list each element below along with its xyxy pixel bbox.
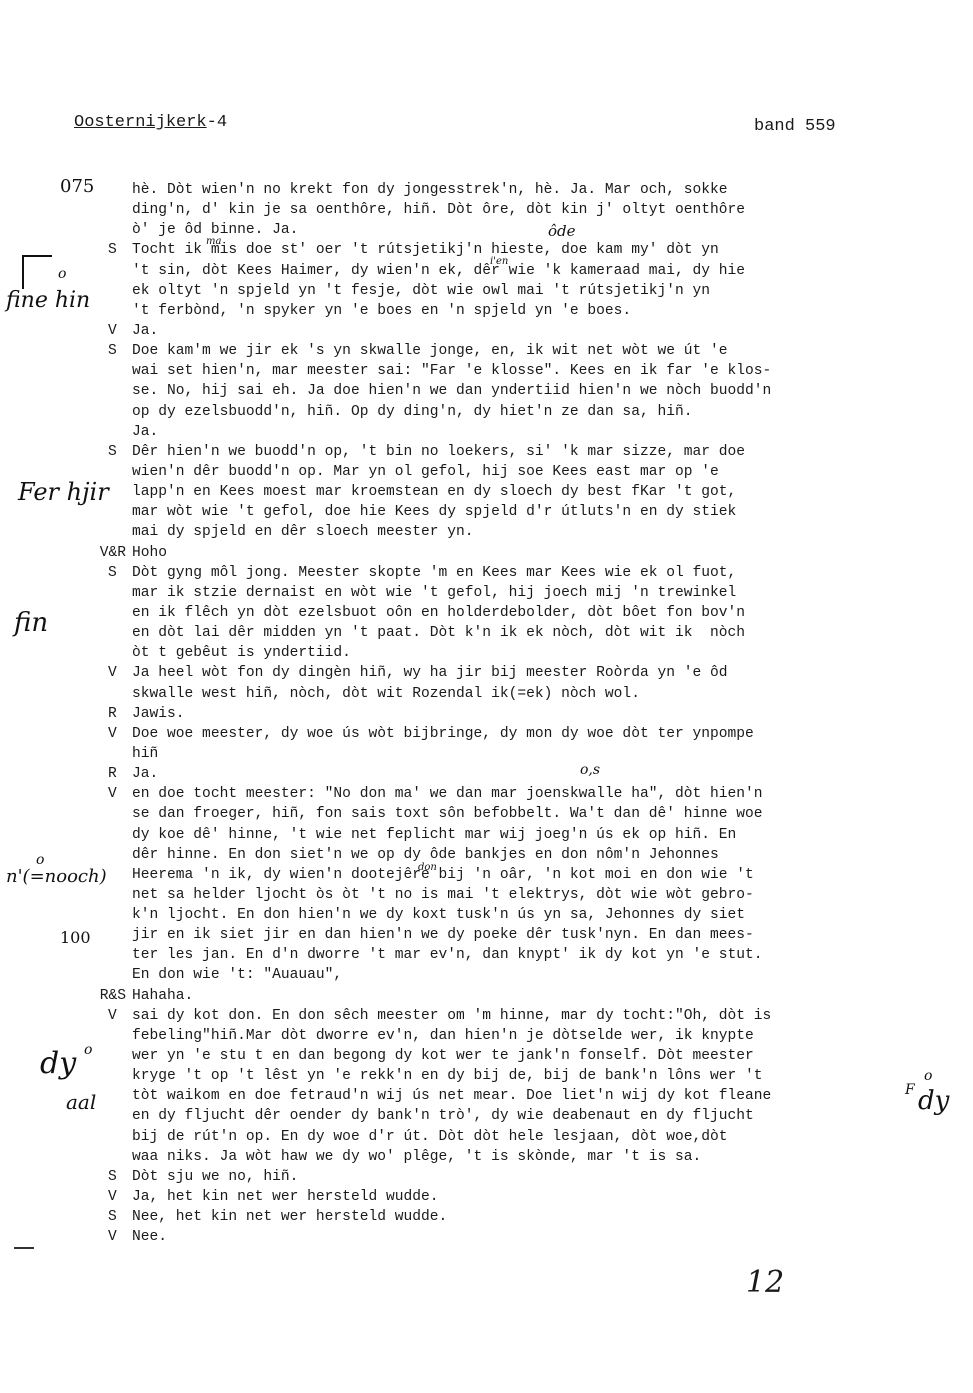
line-text: hè. Dòt wien'n no krekt fon dy jongesstr…: [132, 180, 728, 200]
line-text: hiñ: [132, 744, 158, 764]
band-number: band 559: [754, 117, 836, 136]
correction-os: o,s: [580, 762, 600, 778]
transcript-line: k'n ljocht. En don hien'n we dy koxt tus…: [0, 905, 973, 925]
transcript-line: hè. Dòt wien'n no krekt fon dy jongesstr…: [0, 180, 973, 200]
speaker-label: V: [108, 1227, 128, 1247]
line-text: jir en ik siet jir en dan hien'n we dy p…: [132, 925, 754, 945]
line-text: ek oltyt 'n spjeld yn 't fesje, dòt wie …: [132, 281, 710, 301]
speaker-label: V: [108, 724, 128, 744]
transcript-line: wien'n dêr buodd'n op. Mar yn ol gefol, …: [0, 462, 973, 482]
line-text: tòt waikom en doe fetraud'n wij ús net m…: [132, 1086, 771, 1106]
margin-note-nooch: n'(=nooch): [6, 866, 107, 887]
transcript-line: jir en ik siet jir en dan hien'n we dy p…: [0, 925, 973, 945]
transcript-line: 't ferbònd, 'n spyker yn 'e boes en 'n s…: [0, 301, 973, 321]
document-page: Oosternijkerk-4 band 559 hè. Dòt wien'n …: [0, 0, 973, 1393]
line-text: Hoho: [132, 543, 167, 563]
line-text: dy koe dê' hinne, 't wie net feplicht ma…: [132, 825, 736, 845]
line-text: Hahaha.: [132, 986, 193, 1006]
line-text: 't sin, dòt Kees Haimer, dy wien'n ek, d…: [132, 261, 745, 281]
transcript-line: bij de rút'n op. En dy woe d'r út. Dòt d…: [0, 1127, 973, 1147]
speaker-label: V: [108, 1187, 128, 1207]
transcript-line: wai set hien'n, mar meester sai: "Far 'e…: [0, 361, 973, 381]
line-text: febeling"hiñ.Mar dòt dworre ev'n, dan hi…: [132, 1026, 754, 1046]
line-text: sai dy kot don. En don sêch meester om '…: [132, 1006, 771, 1026]
line-text: mai dy spjeld en dêr sloech meester yn.: [132, 522, 474, 542]
line-text: Ja.: [132, 764, 158, 784]
line-text: mar wòt wie 't gefol, doe hie Kees dy sp…: [132, 502, 736, 522]
line-text: wien'n dêr buodd'n op. Mar yn ol gefol, …: [132, 462, 719, 482]
transcript-line: en dy fljucht dêr oender dy bank'n trò',…: [0, 1106, 973, 1126]
line-text: Jawis.: [132, 704, 185, 724]
line-text: en dòt lai dêr midden yn 't paat. Dòt k'…: [132, 623, 745, 643]
transcript-line: VJa, het kin net wer hersteld wudde.: [0, 1187, 973, 1207]
title-place: Oosternijkerk: [74, 113, 207, 132]
line-text: òt t gebêut is yndertiid.: [132, 643, 351, 663]
speaker-label: V: [108, 321, 128, 341]
line-text: en doe tocht meester: "No don ma' we dan…: [132, 784, 763, 804]
line-text: skwalle west hiñ, nòch, dòt wit Rozendal…: [132, 684, 640, 704]
transcript-line: VJa heel wòt fon dy dingèn hiñ, wy ha ji…: [0, 663, 973, 683]
transcript-line: op dy ezelsbuodd'n, hiñ. Op dy ding'n, d…: [0, 402, 973, 422]
line-text: Dêr hien'n we buodd'n op, 't bin no loek…: [132, 442, 745, 462]
transcript-line: en ik flêch yn dòt ezelsbuot oôn en hold…: [0, 603, 973, 623]
line-text: bij de rút'n op. En dy woe d'r út. Dòt d…: [132, 1127, 728, 1147]
line-text: Ja.: [132, 422, 158, 442]
transcript-line: VJa.: [0, 321, 973, 341]
speaker-label: S: [108, 1167, 128, 1187]
margin-note-fin: fin: [14, 608, 48, 638]
transcript-line: SDòt sju we no, hiñ.: [0, 1167, 973, 1187]
transcript-line: En don wie 't: "Auauau",: [0, 965, 973, 985]
line-text: ding'n, d' kin je sa oenthôre, hiñ. Dòt …: [132, 200, 745, 220]
transcript-line: ter les jan. En d'n dworre 't mar ev'n, …: [0, 945, 973, 965]
line-text: Nee.: [132, 1227, 167, 1247]
margin-dash: [14, 1247, 34, 1249]
line-text: net sa helder ljocht òs òt 't no is mai …: [132, 885, 754, 905]
transcript-line: ò' je ôd binne. Ja.: [0, 220, 973, 240]
margin-note-dy: dy: [40, 1046, 76, 1081]
line-text: Dòt gyng môl jong. Meester skopte 'm en …: [132, 563, 736, 583]
transcript-line: mar ik stzie dernaist en wòt wie 't gefo…: [0, 583, 973, 603]
line-text: se. No, hij sai eh. Ja doe hien'n we dan…: [132, 381, 771, 401]
transcript-line: hiñ: [0, 744, 973, 764]
transcript-line: ek oltyt 'n spjeld yn 't fesje, dòt wie …: [0, 281, 973, 301]
transcript-line: SDoe kam'm we jir ek 's yn skwalle jonge…: [0, 341, 973, 361]
transcript-line: mai dy spjeld en dêr sloech meester yn.: [0, 522, 973, 542]
line-text: en ik flêch yn dòt ezelsbuot oôn en hold…: [132, 603, 745, 623]
transcript-line: RJa.: [0, 764, 973, 784]
transcript-line: SDêr hien'n we buodd'n op, 't bin no loe…: [0, 442, 973, 462]
bracket-mark-icon: [22, 255, 24, 289]
transcript-line: wer yn 'e stu t en dan begong dy kot wer…: [0, 1046, 973, 1066]
transcript-line: SNee, het kin net wer hersteld wudde.: [0, 1207, 973, 1227]
speaker-label: V&R: [86, 543, 126, 563]
line-text: kryge 't op 't lêst yn 'e rekk'n en dy b…: [132, 1066, 763, 1086]
line-text: Heerema 'n ik, dy wien'n dootejêre bij '…: [132, 865, 754, 885]
circle-mark: o: [924, 1068, 932, 1084]
line-text: Doe kam'm we jir ek 's yn skwalle jonge,…: [132, 341, 728, 361]
transcript-line: Ja.: [0, 422, 973, 442]
correction-ien: i'en: [490, 256, 508, 267]
transcript-line: se dan froeger, hiñ, fon sais toxt sôn b…: [0, 804, 973, 824]
document-title: Oosternijkerk-4: [74, 113, 227, 132]
line-text: Ja heel wòt fon dy dingèn hiñ, wy ha jir…: [132, 663, 728, 683]
speaker-label: R: [108, 764, 128, 784]
line-text: waa niks. Ja wòt haw we dy wo' plêge, 't…: [132, 1147, 701, 1167]
transcript-line: RJawis.: [0, 704, 973, 724]
speaker-label: S: [108, 1207, 128, 1227]
speaker-label: V: [108, 1006, 128, 1026]
transcript-line: Heerema 'n ik, dy wien'n dootejêre bij '…: [0, 865, 973, 885]
transcript-line: en dòt lai dêr midden yn 't paat. Dòt k'…: [0, 623, 973, 643]
line-text: op dy ezelsbuodd'n, hiñ. Op dy ding'n, d…: [132, 402, 693, 422]
speaker-label: R: [108, 704, 128, 724]
margin-note-fer-hjir: Fer hjir: [18, 478, 109, 506]
transcript-line: V&RHoho: [0, 543, 973, 563]
line-text: ter les jan. En d'n dworre 't mar ev'n, …: [132, 945, 763, 965]
speaker-label: V: [108, 663, 128, 683]
correction-don: don: [418, 862, 437, 873]
line-text: Doe woe meester, dy woe ús wòt bijbringe…: [132, 724, 754, 744]
speaker-label: S: [108, 341, 128, 361]
transcript-line: 't sin, dòt Kees Haimer, dy wien'n ek, d…: [0, 261, 973, 281]
title-suffix: -4: [207, 113, 227, 132]
speaker-label: S: [108, 240, 128, 260]
line-text: Nee, het kin net wer hersteld wudde.: [132, 1207, 447, 1227]
transcript-line: tòt waikom en doe fetraud'n wij ús net m…: [0, 1086, 973, 1106]
transcript-line: se. No, hij sai eh. Ja doe hien'n we dan…: [0, 381, 973, 401]
line-text: Dòt sju we no, hiñ.: [132, 1167, 298, 1187]
margin-note-right-dy: dy: [918, 1086, 949, 1116]
line-text: k'n ljocht. En don hien'n we dy koxt tus…: [132, 905, 745, 925]
transcript-line: dêr hinne. En don siet'n we op dy ôde ba…: [0, 845, 973, 865]
speaker-label: V: [108, 784, 128, 804]
line-text: lapp'n en Kees moest mar kroemstean en d…: [132, 482, 736, 502]
transcript-line: waa niks. Ja wòt haw we dy wo' plêge, 't…: [0, 1147, 973, 1167]
transcript-line: VNee.: [0, 1227, 973, 1247]
transcript-line: SDòt gyng môl jong. Meester skopte 'm en…: [0, 563, 973, 583]
circle-mark: o: [84, 1042, 92, 1058]
line-text: mar ik stzie dernaist en wòt wie 't gefo…: [132, 583, 736, 603]
line-text: en dy fljucht dêr oender dy bank'n trò',…: [132, 1106, 754, 1126]
transcript-line: kryge 't op 't lêst yn 'e rekk'n en dy b…: [0, 1066, 973, 1086]
line-text: 't ferbònd, 'n spyker yn 'e boes en 'n s…: [132, 301, 631, 321]
line-text: Ja.: [132, 321, 158, 341]
circle-mark: o: [58, 266, 66, 282]
transcript-line: òt t gebêut is yndertiid.: [0, 643, 973, 663]
speaker-label: R&S: [86, 986, 126, 1006]
margin-note-aal: aal: [66, 1090, 96, 1114]
transcript-line: STocht ik mis doe st' oer 't rútsjetikj'…: [0, 240, 973, 260]
margin-note-fine-hin: fine hin: [6, 288, 90, 313]
transcript: hè. Dòt wien'n no krekt fon dy jongesstr…: [0, 180, 973, 1247]
line-text: Ja, het kin net wer hersteld wudde.: [132, 1187, 439, 1207]
transcript-line: dy koe dê' hinne, 't wie net feplicht ma…: [0, 825, 973, 845]
tape-counter-100: 100: [60, 928, 91, 947]
transcript-line: mar wòt wie 't gefol, doe hie Kees dy sp…: [0, 502, 973, 522]
tape-counter-075: 075: [60, 176, 94, 197]
page-number: 12: [746, 1265, 784, 1300]
transcript-line: net sa helder ljocht òs òt 't no is mai …: [0, 885, 973, 905]
transcript-line: Vsai dy kot don. En don sêch meester om …: [0, 1006, 973, 1026]
transcript-line: VDoe woe meester, dy woe ús wòt bijbring…: [0, 724, 973, 744]
line-text: En don wie 't: "Auauau",: [132, 965, 342, 985]
bracket-mark-top-icon: [22, 255, 52, 257]
transcript-line: ding'n, d' kin je sa oenthôre, hiñ. Dòt …: [0, 200, 973, 220]
transcript-line: febeling"hiñ.Mar dòt dworre ev'n, dan hi…: [0, 1026, 973, 1046]
transcript-line: R&SHahaha.: [0, 986, 973, 1006]
margin-note-F: F: [905, 1082, 915, 1098]
speaker-label: S: [108, 563, 128, 583]
correction-ma: ma: [206, 236, 221, 247]
transcript-line: skwalle west hiñ, nòch, dòt wit Rozendal…: [0, 684, 973, 704]
transcript-line: lapp'n en Kees moest mar kroemstean en d…: [0, 482, 973, 502]
line-text: se dan froeger, hiñ, fon sais toxt sôn b…: [132, 804, 763, 824]
correction-ode: ôde: [548, 222, 576, 240]
line-text: wai set hien'n, mar meester sai: "Far 'e…: [132, 361, 771, 381]
speaker-label: S: [108, 442, 128, 462]
transcript-line: Ven doe tocht meester: "No don ma' we da…: [0, 784, 973, 804]
line-text: wer yn 'e stu t en dan begong dy kot wer…: [132, 1046, 754, 1066]
